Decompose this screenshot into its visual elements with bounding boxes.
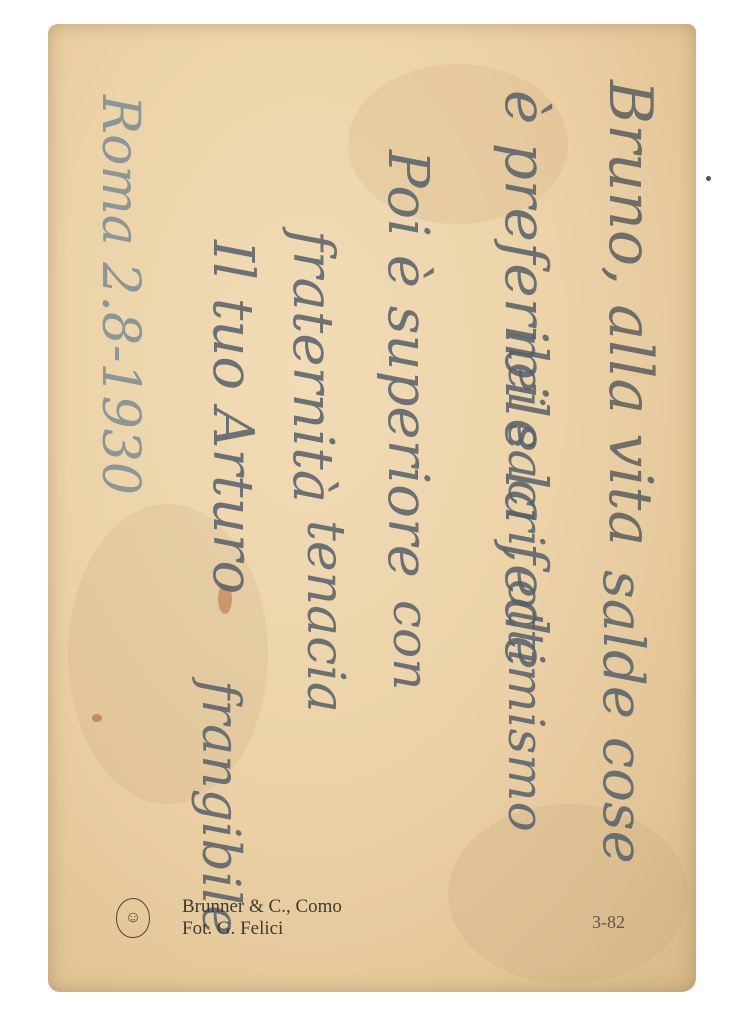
photographer-imprint: Fot. G. Felici: [182, 918, 283, 939]
handwriting-extra-4: con: [382, 600, 440, 690]
publisher-logo-icon: ☺: [116, 898, 150, 938]
publisher-imprint: Brunner & C., Como: [182, 896, 342, 917]
handwriting-extra-3: tenacia: [295, 520, 355, 713]
handwriting-line-5: Il tuo Arturo: [200, 240, 265, 594]
handwriting-line-4: fraternità: [280, 230, 345, 503]
handwriting-date: Roma 2.8-1930: [90, 95, 150, 495]
handwriting-extra-2: nei sacri, ottimismo: [497, 330, 555, 832]
handwriting-line-1: Bruno, alla vita: [595, 80, 665, 546]
dust-speck: [706, 176, 711, 181]
rust-spot: [92, 714, 102, 722]
catalog-number: 3-82: [592, 912, 625, 933]
handwriting-line-3: Poi è superiore: [375, 150, 440, 578]
handwriting-extra-1: salde cose: [590, 570, 655, 864]
